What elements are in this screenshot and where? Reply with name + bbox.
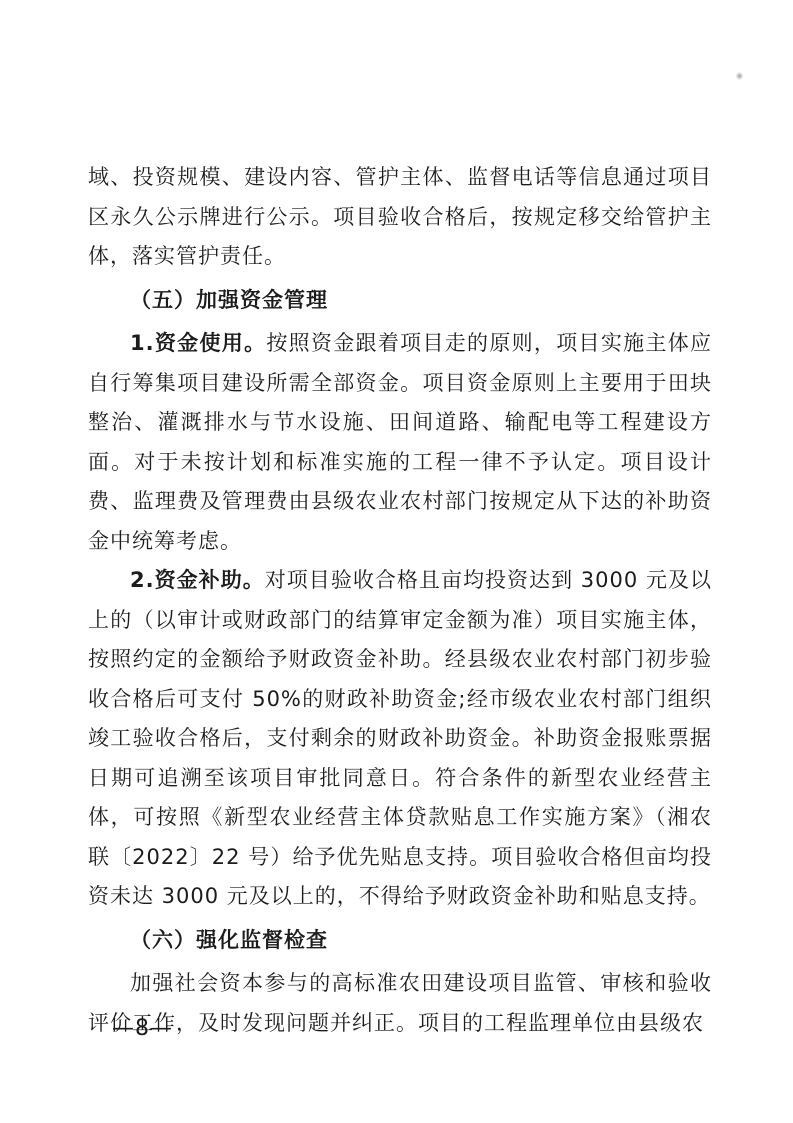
paragraph-fund-subsidy-body: 对项目验收合格且亩均投资达到 3000 元及以上的（以审计或财政部门的结算审定金… bbox=[88, 568, 712, 908]
section-heading-6-supervision: （六）强化监督检查 bbox=[88, 921, 712, 961]
paragraph-fund-subsidy: 2.资金补助。对项目验收合格且亩均投资达到 3000 元及以上的（以审计或财政部… bbox=[88, 561, 712, 917]
document-page: 域、投资规模、建设内容、管护主体、监督电话等信息通过项目区永久公示牌进行公示。项… bbox=[0, 0, 793, 1123]
paragraph-fund-use-lead: 1.资金使用。 bbox=[130, 331, 266, 355]
paragraph-supervision: 加强社会资本参与的高标准农田建设项目监管、审核和验收评价工作，及时发现问题并纠正… bbox=[88, 964, 712, 1043]
page-number: —8— bbox=[112, 1016, 173, 1041]
paragraph-fund-use-body: 按照资金跟着项目走的原则，项目实施主体应自行筹集项目建设所需全部资金。项目资金原… bbox=[88, 331, 712, 553]
document-body: 域、投资规模、建设内容、管护主体、监督电话等信息通过项目区永久公示牌进行公示。项… bbox=[88, 158, 712, 1043]
section-heading-5-fund-management: （五）加强资金管理 bbox=[88, 281, 712, 321]
paragraph-fund-subsidy-lead: 2.资金补助。 bbox=[130, 568, 265, 592]
paragraph-continuation: 域、投资规模、建设内容、管护主体、监督电话等信息通过项目区永久公示牌进行公示。项… bbox=[88, 158, 712, 277]
paragraph-fund-use: 1.资金使用。按照资金跟着项目走的原则，项目实施主体应自行筹集项目建设所需全部资… bbox=[88, 324, 712, 561]
scan-artifact-speck bbox=[736, 72, 743, 80]
